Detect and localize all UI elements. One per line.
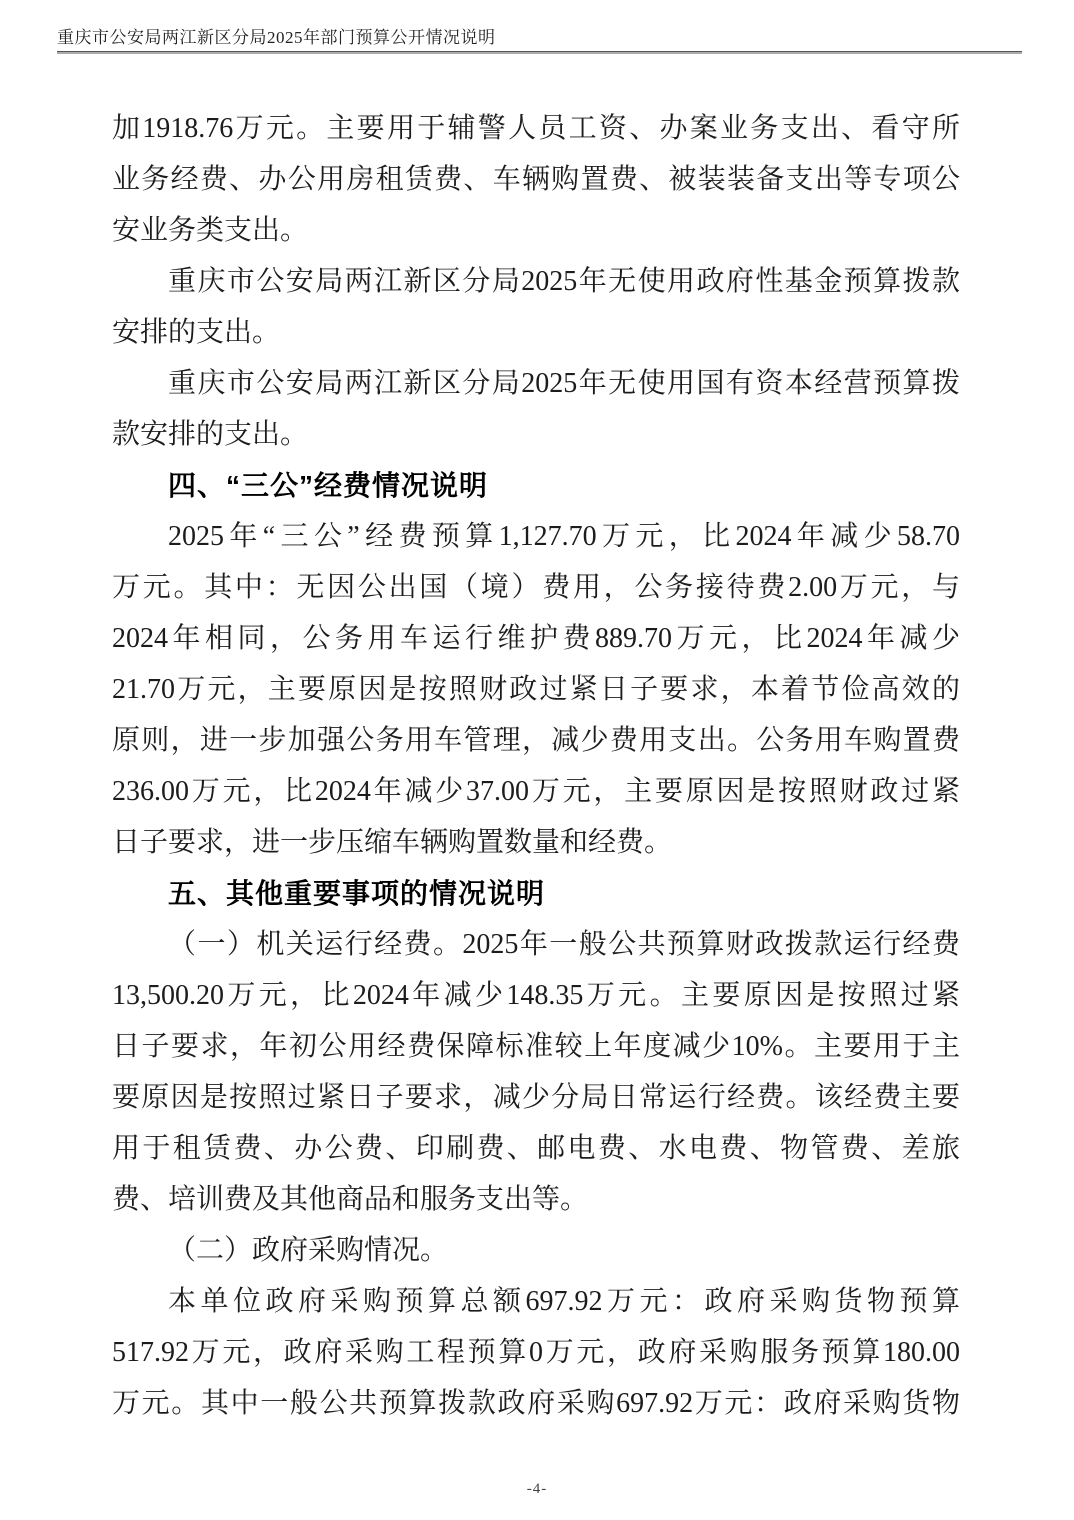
text-line: 业务经费、办公用房租赁费、车辆购置费、被装装备支出等专项公 [112,154,960,205]
text-line: 2024年相同，公务用车运行维护费889.70万元，比2024年减少 [112,613,960,664]
text-line: 费、培训费及其他商品和服务支出等。 [112,1174,960,1225]
text-line: 款安排的支出。 [112,409,960,460]
paragraph: 重庆市公安局两江新区分局2025年无使用国有资本经营预算拨款安排的支出。 [112,358,960,460]
header-title: 重庆市公安局两江新区分局2025年部门预算公开情况说明 [57,28,1022,48]
text-line: 日子要求，年初公用经费保障标准较上年度减少10%。主要用于主 [112,1021,960,1072]
text-line: 重庆市公安局两江新区分局2025年无使用政府性基金预算拨款 [112,256,960,307]
paragraph: 2025年“三公”经费预算1,127.70万元，比2024年减少58.70万元。… [112,511,960,868]
paragraph: 加1918.76万元。主要用于辅警人员工资、办案业务支出、看守所业务经费、办公用… [112,103,960,256]
text-line: 2025年“三公”经费预算1,127.70万元，比2024年减少58.70 [112,511,960,562]
document-page: 重庆市公安局两江新区分局2025年部门预算公开情况说明 加1918.76万元。主… [0,0,1074,1520]
text-line: 原则，进一步加强公务用车管理，减少费用支出。公务用车购置费 [112,715,960,766]
text-line: 用于租赁费、办公费、印刷费、邮电费、水电费、物管费、差旅 [112,1123,960,1174]
text-line: 本单位政府采购预算总额697.92万元：政府采购货物预算 [112,1276,960,1327]
page-header: 重庆市公安局两江新区分局2025年部门预算公开情况说明 [57,0,1022,54]
paragraph: （二）政府采购情况。 [112,1225,960,1276]
text-line: （一）机关运行经费。2025年一般公共预算财政拨款运行经费 [112,919,960,970]
text-line: 重庆市公安局两江新区分局2025年无使用国有资本经营预算拨 [112,358,960,409]
text-line: 安业务类支出。 [112,205,960,256]
text-line: 四、“三公”经费情况说明 [112,460,960,511]
section-heading: 四、“三公”经费情况说明 [112,460,960,511]
header-rule [57,51,1022,54]
text-line: 13,500.20万元，比2024年减少148.35万元。主要原因是按照过紧 [112,970,960,1021]
text-line: 万元。其中一般公共预算拨款政府采购697.92万元：政府采购货物 [112,1378,960,1429]
paragraph: 本单位政府采购预算总额697.92万元：政府采购货物预算517.92万元，政府采… [112,1276,960,1429]
text-line: 517.92万元，政府采购工程预算0万元，政府采购服务预算180.00 [112,1327,960,1378]
text-line: 万元。其中：无因公出国（境）费用，公务接待费2.00万元，与 [112,562,960,613]
text-line: 要原因是按照过紧日子要求，减少分局日常运行经费。该经费主要 [112,1072,960,1123]
document-body: 加1918.76万元。主要用于辅警人员工资、办案业务支出、看守所业务经费、办公用… [112,103,960,1429]
page-number: -4- [527,1481,548,1498]
paragraph: 重庆市公安局两江新区分局2025年无使用政府性基金预算拨款安排的支出。 [112,256,960,358]
page-footer: -4- [0,1480,1074,1498]
text-line: 五、其他重要事项的情况说明 [112,868,960,919]
text-line: 加1918.76万元。主要用于辅警人员工资、办案业务支出、看守所 [112,103,960,154]
text-line: 安排的支出。 [112,307,960,358]
text-line: 日子要求，进一步压缩车辆购置数量和经费。 [112,817,960,868]
section-heading: 五、其他重要事项的情况说明 [112,868,960,919]
paragraph: （一）机关运行经费。2025年一般公共预算财政拨款运行经费13,500.20万元… [112,919,960,1225]
text-line: 236.00万元，比2024年减少37.00万元，主要原因是按照财政过紧 [112,766,960,817]
text-line: （二）政府采购情况。 [112,1225,960,1276]
text-line: 21.70万元，主要原因是按照财政过紧日子要求，本着节俭高效的 [112,664,960,715]
